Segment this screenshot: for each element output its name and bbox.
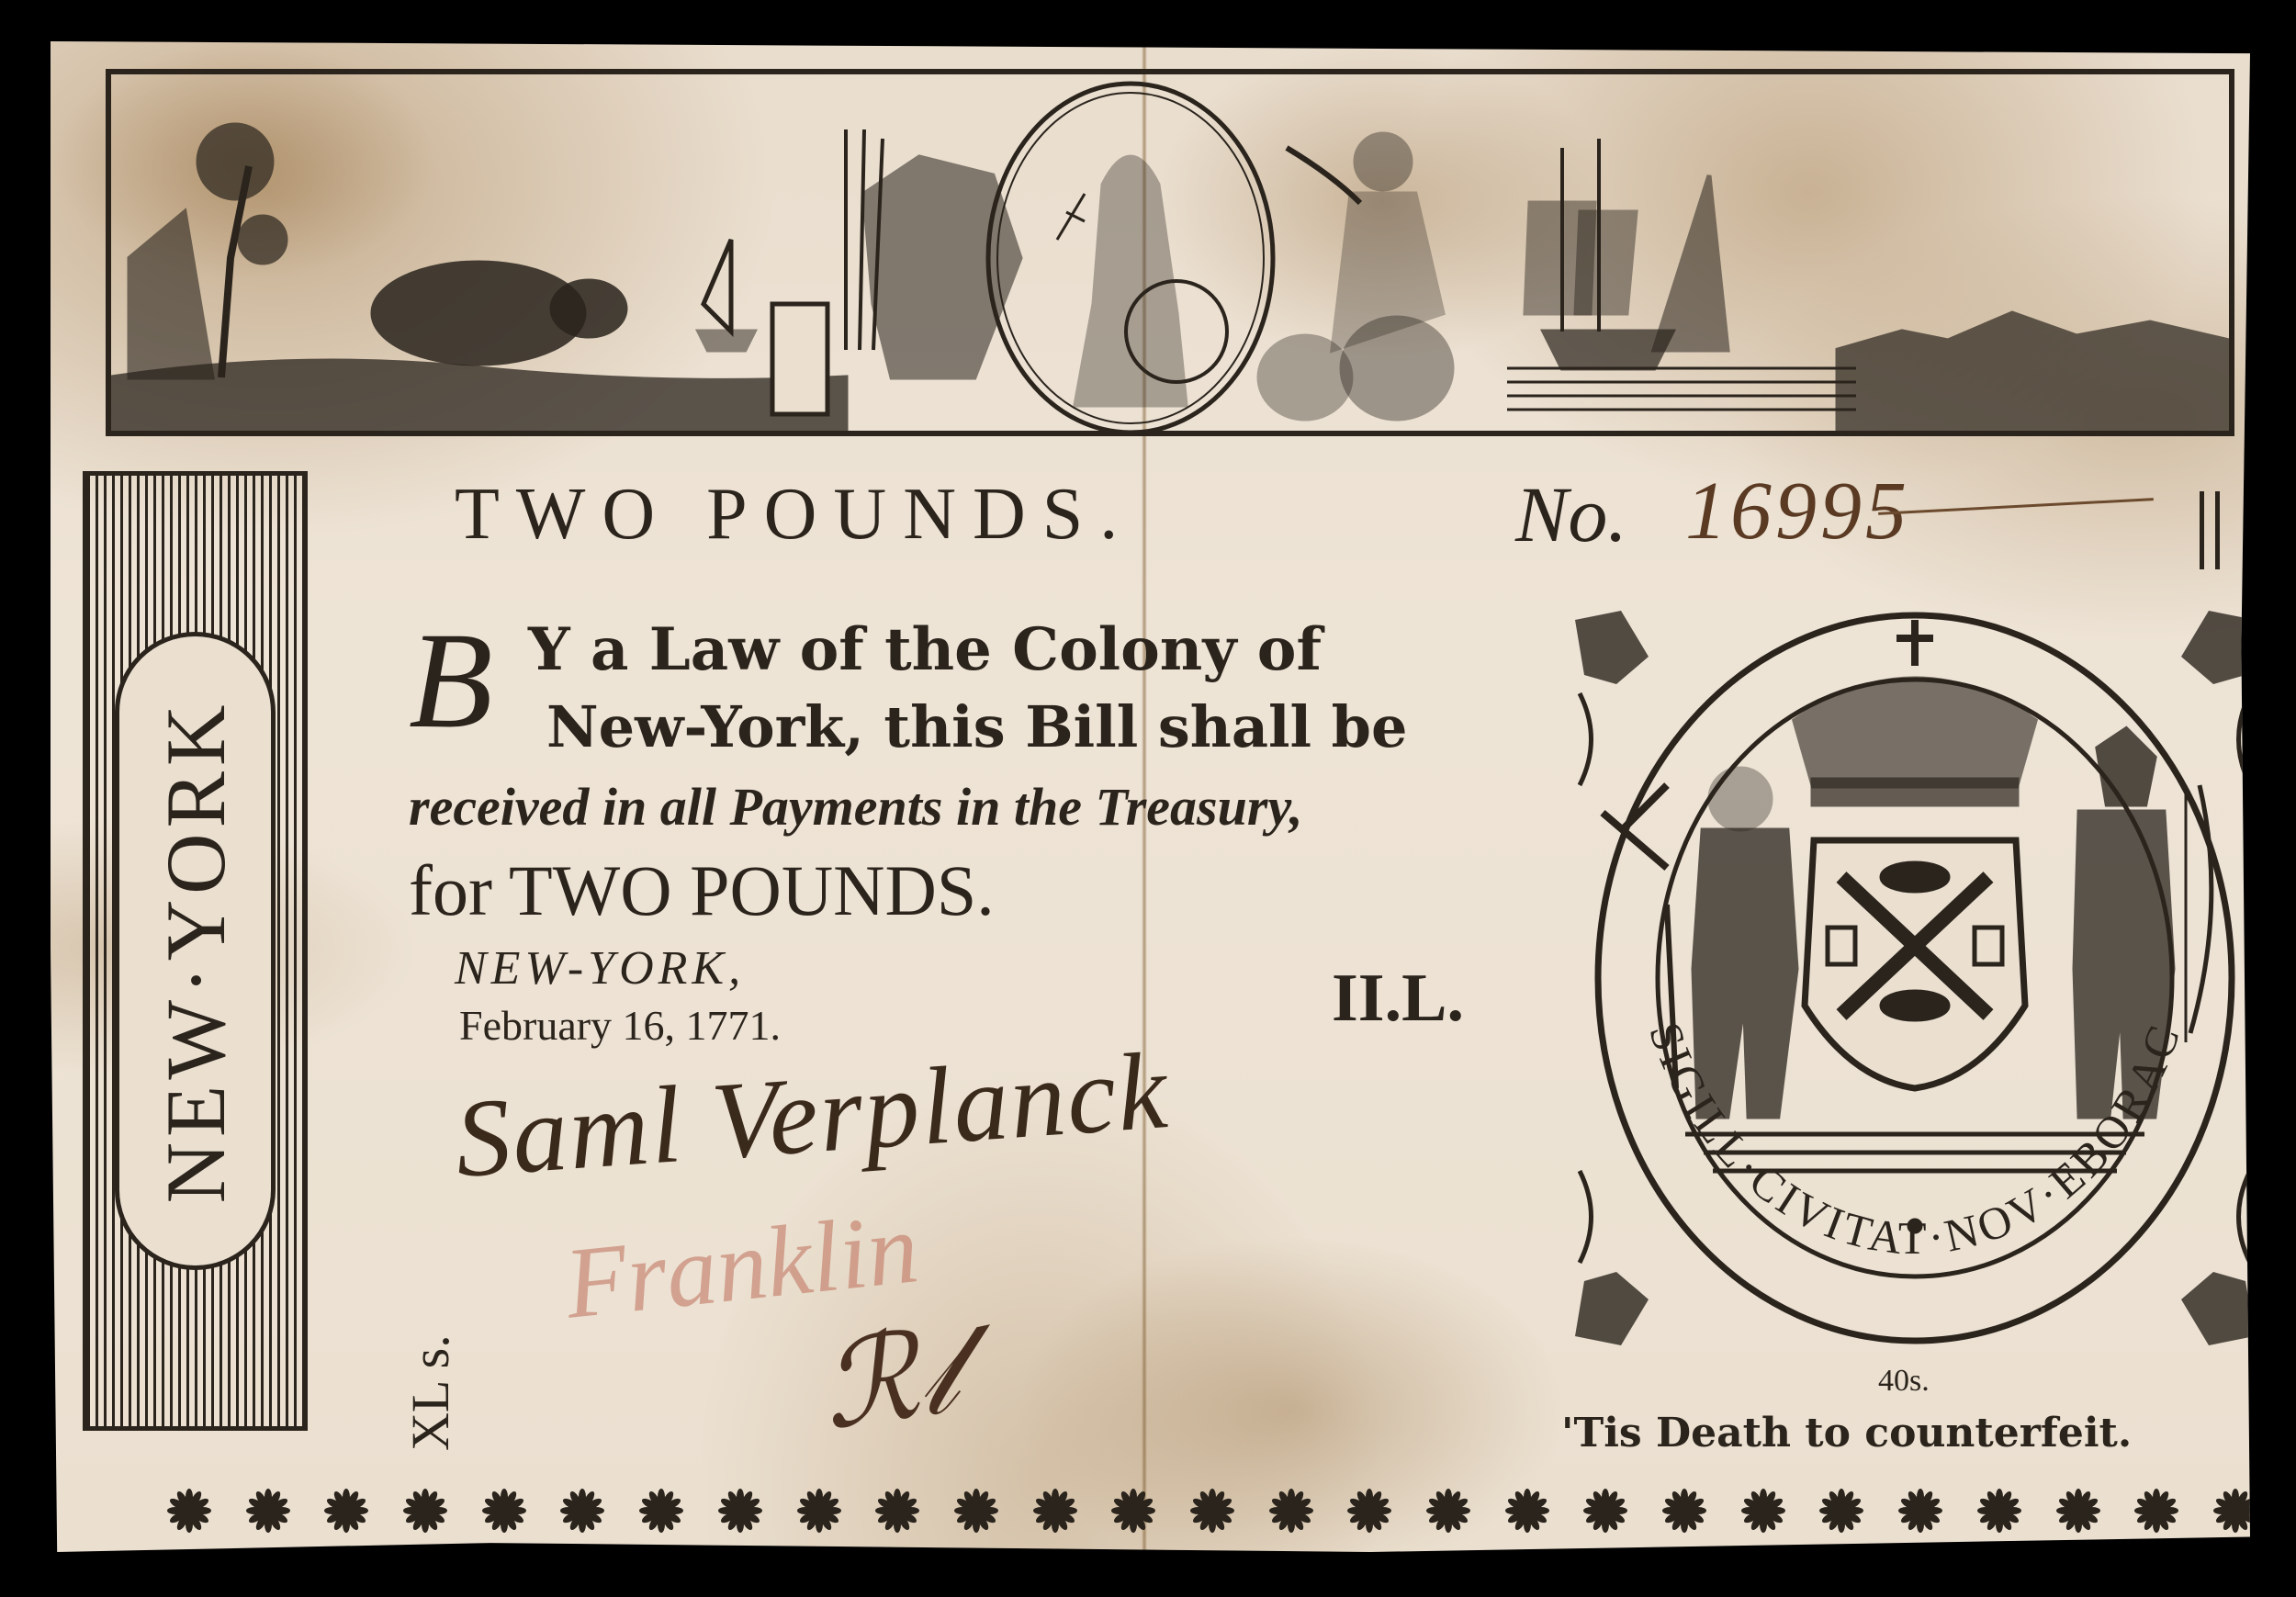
serial-label: No.	[1515, 468, 1627, 560]
rosette-ornament-icon	[1581, 1487, 1629, 1535]
rosette-ornament-icon	[873, 1487, 921, 1535]
rosette-ornament-icon	[2212, 1487, 2259, 1535]
side-border-cartouche: NEW·YORK	[115, 632, 276, 1270]
counterfeit-warning: 'Tis Death to counterfeit.	[1561, 1410, 2132, 1456]
rosette-ornament-icon	[716, 1487, 764, 1535]
rosette-ornament-icon	[1660, 1487, 1708, 1535]
serial-flourish-line	[1878, 498, 2154, 515]
rosette-ornament-icon	[952, 1487, 1000, 1535]
new-york-side-border: NEW·YORK	[83, 471, 308, 1431]
rosette-ornament-icon	[1267, 1487, 1315, 1535]
rosette-ornament-icon	[1109, 1487, 1157, 1535]
serial-number: 16995	[1685, 464, 1910, 558]
rosette-ornament-icon	[2054, 1487, 2102, 1535]
rosette-ornament-icon	[1739, 1487, 1787, 1535]
drop-cap: B	[409, 602, 493, 759]
rosette-ornament-icon	[558, 1487, 606, 1535]
rosette-ornament-icon	[244, 1487, 292, 1535]
rosette-ornament-icon	[1818, 1487, 1865, 1535]
body-line-4: for TWO POUNDS.	[409, 849, 995, 932]
rosette-ornament-icon	[322, 1487, 370, 1535]
city-seal: SIGILL·CIVITAT·NOV·EBORAC	[1566, 602, 2264, 1355]
rosette-ornament-icon	[401, 1487, 449, 1535]
body-line-1: Y a Law of the Colony of	[528, 615, 1322, 684]
denomination-heading: TWO POUNDS.	[455, 473, 1134, 557]
shillings-value: 40s.	[1878, 1364, 1930, 1399]
side-value: XL s.	[400, 1334, 461, 1451]
banknote-paper: NEW·YORK TWO POUNDS. No. 16995 B Y a Law…	[51, 41, 2250, 1552]
body-line-2: New-York, this Bill shall be	[546, 693, 1407, 760]
series-mark: II.L.	[1332, 960, 1464, 1038]
rosette-ornament-icon	[2133, 1487, 2180, 1535]
seal-illustration: SIGILL·CIVITAT·NOV·EBORAC	[1566, 602, 2264, 1355]
issue-date: February 16, 1771.	[459, 1001, 781, 1050]
rosette-ornament-icon	[480, 1487, 528, 1535]
top-vignette	[106, 69, 2234, 436]
rosette-ornament-icon	[165, 1487, 213, 1535]
rosette-ornament-icon	[795, 1487, 843, 1535]
signature-verplanck: Saml Verplanck	[451, 1027, 1173, 1203]
rosette-border-row	[165, 1479, 2259, 1543]
issue-place: NEW-YORK,	[455, 941, 745, 995]
rosette-ornament-icon	[1896, 1487, 1944, 1535]
allegorical-scene-illustration	[111, 74, 2229, 431]
rosette-ornament-icon	[1424, 1487, 1472, 1535]
rosette-ornament-icon	[637, 1487, 685, 1535]
rosette-ornament-icon	[1345, 1487, 1393, 1535]
signature-flourish: ℛ𝓁	[813, 1300, 966, 1459]
rosette-ornament-icon	[1975, 1487, 2023, 1535]
rosette-ornament-icon	[1503, 1487, 1551, 1535]
double-rule-ornament	[2200, 491, 2220, 569]
rosette-ornament-icon	[1188, 1487, 1236, 1535]
rosette-ornament-icon	[1031, 1487, 1079, 1535]
side-border-label: NEW·YORK	[147, 699, 244, 1203]
body-line-3: received in all Payments in the Treasury…	[409, 776, 1303, 838]
